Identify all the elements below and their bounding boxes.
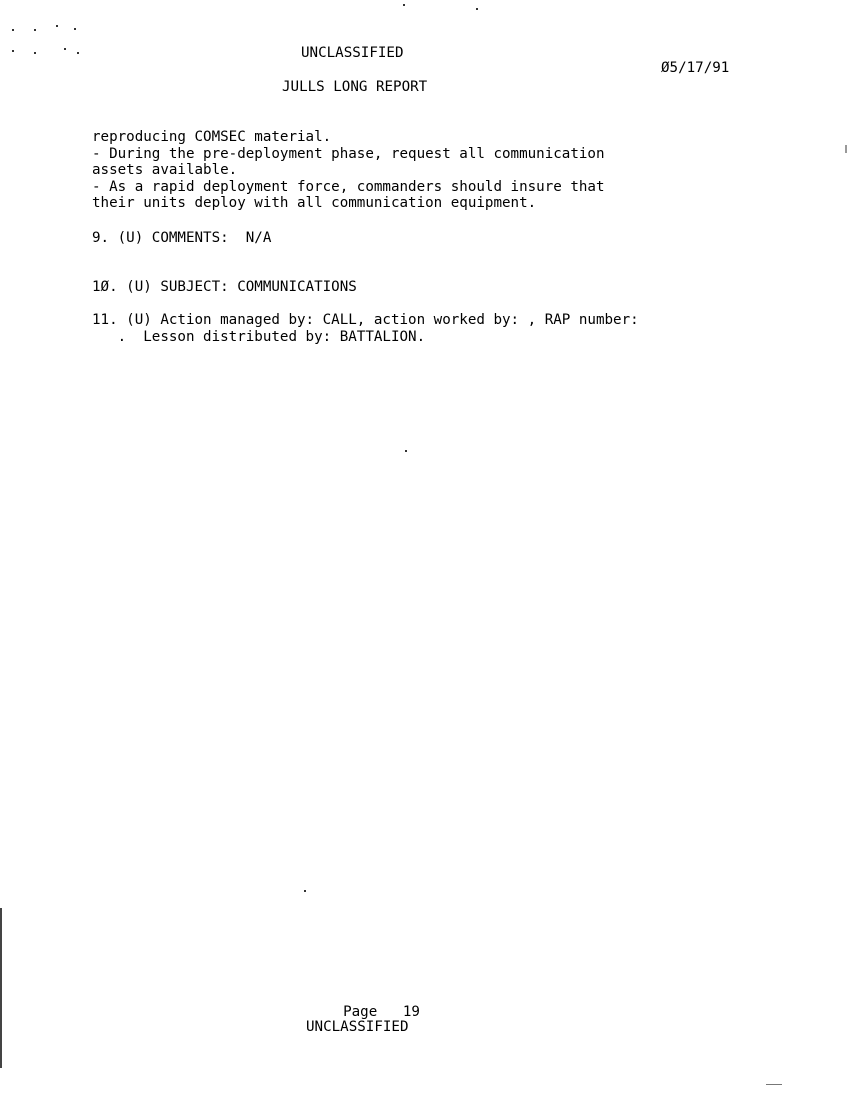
footer-classification: UNCLASSIFIED xyxy=(306,1019,409,1035)
scan-edge-bar xyxy=(0,908,2,1068)
scan-artifact xyxy=(405,450,407,452)
report-title: JULLS LONG REPORT xyxy=(282,79,427,95)
body-line: reproducing COMSEC material. xyxy=(92,129,331,145)
scan-artifact xyxy=(12,50,14,52)
scan-artifact xyxy=(403,4,405,6)
scan-artifact xyxy=(74,28,76,30)
body-line: - During the pre-deployment phase, reque… xyxy=(92,146,605,162)
scan-artifact xyxy=(77,52,79,54)
scan-artifact xyxy=(304,890,306,892)
body-line: their units deploy with all communicatio… xyxy=(92,195,536,211)
item-11-action-line2: . Lesson distributed by: BATTALION. xyxy=(92,329,425,345)
page-number: 19 xyxy=(403,1004,420,1020)
header-classification: UNCLASSIFIED xyxy=(301,45,404,61)
scan-artifact xyxy=(476,8,478,10)
scan-artifact xyxy=(64,48,66,50)
scan-artifact xyxy=(56,25,58,27)
scan-artifact xyxy=(12,29,14,31)
item-9-comments: 9. (U) COMMENTS: N/A xyxy=(92,230,271,246)
item-10-subject: 1Ø. (U) SUBJECT: COMMUNICATIONS xyxy=(92,279,357,295)
body-line: - As a rapid deployment force, commander… xyxy=(92,179,605,195)
body-line: assets available. xyxy=(92,162,237,178)
page-indicator: Page 19 xyxy=(326,988,420,1020)
item-11-action-line1: 11. (U) Action managed by: CALL, action … xyxy=(92,312,639,328)
scan-artifact xyxy=(34,29,36,31)
header-date: Ø5/17/91 xyxy=(661,60,729,76)
scan-artifact xyxy=(766,1084,782,1085)
scan-artifact xyxy=(34,52,36,54)
scan-artifact xyxy=(845,145,847,153)
page-label: Page xyxy=(343,1004,377,1020)
